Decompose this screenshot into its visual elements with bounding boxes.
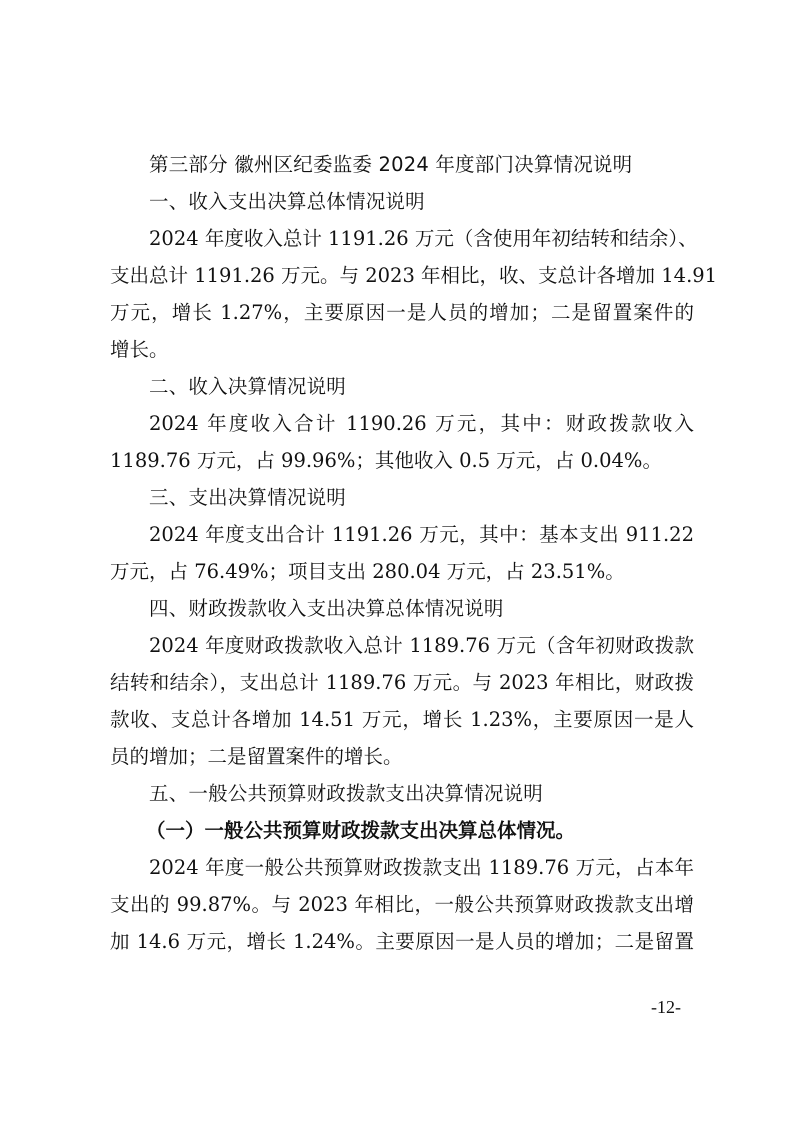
paragraph-line: 1189.76 万元，占 99.96%；其他收入 0.5 万元，占 0.04%。 [110, 442, 694, 479]
page-title: 第三部分 徽州区纪委监委 2024 年度部门决算情况说明 [110, 146, 694, 183]
paragraph-line: 2024 年度一般公共预算财政拨款支出 1189.76 万元，占本年 [110, 849, 694, 886]
paragraph-line: 2024 年度收入总计 1191.26 万元（含使用年初结转和结余）、 [110, 220, 694, 257]
paragraph-line: 2024 年度财政拨款收入总计 1189.76 万元（含年初财政拨款 [110, 627, 694, 664]
paragraph-line: 款收、支总计各增加 14.51 万元，增长 1.23%，主要原因一是人 [110, 701, 694, 738]
section-paragraph-5: 2024 年度一般公共预算财政拨款支出 1189.76 万元，占本年 支出的 9… [110, 849, 694, 960]
paragraph-line: 支出的 99.87%。与 2023 年相比，一般公共预算财政拨款支出增 [110, 886, 694, 923]
section-heading-3: 三、支出决算情况说明 [110, 479, 694, 516]
section-heading-2: 二、收入决算情况说明 [110, 368, 694, 405]
document-body: 第三部分 徽州区纪委监委 2024 年度部门决算情况说明 一、收入支出决算总体情… [110, 146, 694, 960]
paragraph-line: 支出总计 1191.26 万元。与 2023 年相比，收、支总计各增加 14.9… [110, 257, 694, 294]
section-paragraph-3: 2024 年度支出合计 1191.26 万元，其中：基本支出 911.22 万元… [110, 516, 694, 590]
paragraph-line: 员的增加；二是留置案件的增长。 [110, 738, 694, 775]
section-heading-4: 四、财政拨款收入支出决算总体情况说明 [110, 590, 694, 627]
page-number: -12- [651, 996, 681, 1018]
paragraph-line: 2024 年度收入合计 1190.26 万元，其中：财政拨款收入 [110, 405, 694, 442]
subsection-heading-5-1: （一）一般公共预算财政拨款支出决算总体情况。 [110, 812, 694, 849]
section-heading-1: 一、收入支出决算总体情况说明 [110, 183, 694, 220]
paragraph-line: 加 14.6 万元，增长 1.24%。主要原因一是人员的增加；二是留置 [110, 923, 694, 960]
paragraph-line: 结转和结余），支出总计 1189.76 万元。与 2023 年相比，财政拨 [110, 664, 694, 701]
paragraph-line: 万元，增长 1.27%，主要原因一是人员的增加；二是留置案件的 [110, 294, 694, 331]
section-paragraph-2: 2024 年度收入合计 1190.26 万元，其中：财政拨款收入 1189.76… [110, 405, 694, 479]
paragraph-line: 增长。 [110, 331, 694, 368]
paragraph-line: 2024 年度支出合计 1191.26 万元，其中：基本支出 911.22 [110, 516, 694, 553]
paragraph-line: 万元，占 76.49%；项目支出 280.04 万元，占 23.51%。 [110, 553, 694, 590]
section-heading-5: 五、一般公共预算财政拨款支出决算情况说明 [110, 775, 694, 812]
section-paragraph-1: 2024 年度收入总计 1191.26 万元（含使用年初结转和结余）、 支出总计… [110, 220, 694, 368]
section-paragraph-4: 2024 年度财政拨款收入总计 1189.76 万元（含年初财政拨款 结转和结余… [110, 627, 694, 775]
document-page: 第三部分 徽州区纪委监委 2024 年度部门决算情况说明 一、收入支出决算总体情… [0, 0, 793, 1122]
